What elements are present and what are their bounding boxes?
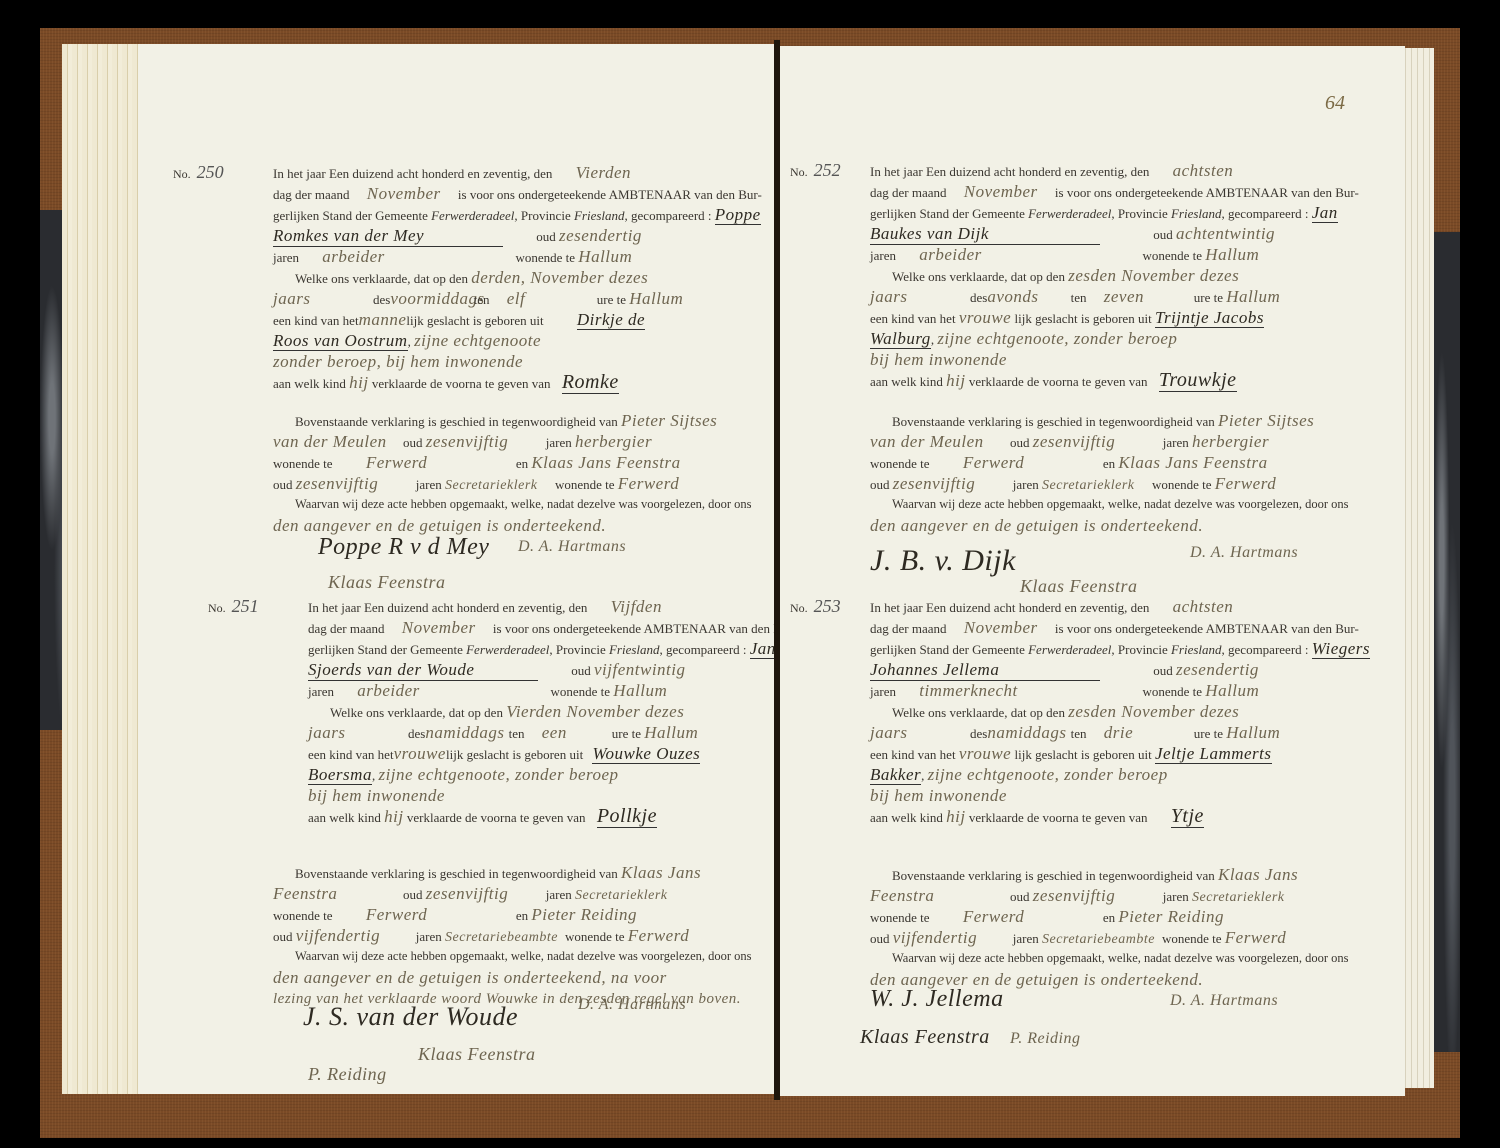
- birth-place-field: Hallum: [629, 289, 683, 308]
- marbled-endpaper-right: [1434, 232, 1460, 1052]
- witness2-occupation: Secretarieklerk: [445, 475, 555, 496]
- occupation-field: arbeider: [322, 246, 512, 267]
- form-text: , gecompareerd :: [660, 642, 747, 657]
- birth-date-field: Vierden November dezes: [506, 702, 684, 721]
- form-text: , gecompareerd :: [625, 208, 712, 223]
- birth-place-field: Hallum: [1226, 287, 1280, 306]
- form-text: oud: [1010, 889, 1030, 904]
- signature-official: D. A. Hartmans: [1170, 992, 1278, 1010]
- left-page: No.250 In het jaar Een duizend acht hond…: [138, 44, 775, 1094]
- form-text: gerlijken Stand der Gemeente: [308, 642, 463, 657]
- form-text: ten: [509, 726, 525, 741]
- witness2-name: Klaas Jans Feenstra: [1118, 453, 1267, 472]
- form-text: dag der maand: [308, 621, 385, 636]
- form-text: oud: [536, 229, 556, 244]
- form-text: Bovenstaande verklaring is geschied in t…: [295, 866, 618, 881]
- form-text: ten: [474, 292, 490, 307]
- signature-declarant: W. J. Jellema: [870, 986, 1004, 1013]
- form-text: wonende te: [273, 908, 333, 923]
- form-text: jaren: [1163, 889, 1189, 904]
- declarant-name: Wiegers: [1312, 639, 1370, 659]
- form-text: dag der maand: [273, 187, 350, 202]
- form-text: oud: [273, 929, 293, 944]
- right-page: 64 No.252 In het jaar Een duizend acht h…: [780, 46, 1405, 1096]
- witness2-age: vijfendertig: [893, 927, 1013, 948]
- form-text: is voor ons ondergeteekende AMBTENAAR va…: [458, 187, 762, 202]
- form-text: wonende te: [565, 929, 625, 944]
- birth-date-field: zesden November dezes: [1068, 266, 1239, 285]
- form-text: jaren: [870, 248, 896, 263]
- form-text: Welke ons verklaarde, dat op den: [330, 705, 503, 720]
- form-text: oud: [870, 931, 890, 946]
- form-text: oud: [403, 435, 423, 450]
- form-text: lijk geslacht is geboren uit: [406, 313, 543, 328]
- form-text: ure te: [597, 292, 626, 307]
- witness-section-253: Bovenstaande verklaring is geschied in t…: [870, 864, 1370, 990]
- form-text: te geven van: [520, 810, 586, 825]
- witness1-occupation: herbergier: [1192, 432, 1269, 451]
- provincie-text: Friesland: [609, 642, 660, 657]
- witness1-occupation: Secretarieklerk: [575, 888, 668, 903]
- form-text: gerlijken Stand der Gemeente: [273, 208, 428, 223]
- birth-record-252: No.252 In het jaar Een duizend acht hond…: [870, 160, 1360, 391]
- witness2-occupation: Secretariebeambte: [445, 927, 565, 948]
- hour-field: elf: [507, 288, 597, 309]
- form-text: oud: [273, 477, 293, 492]
- declarant-name: Jan: [750, 639, 776, 659]
- record-number: No.251: [208, 596, 259, 619]
- form-text: oud: [403, 887, 423, 902]
- form-text: jaren: [308, 684, 334, 699]
- mother-note-2: bij hem inwonende: [308, 786, 445, 805]
- witness1-residence: Ferwerd: [963, 452, 1103, 473]
- pronoun-field: hij: [946, 371, 965, 390]
- age-field: vijfentwintig: [594, 660, 686, 679]
- witness1-name: Pieter Sijtses: [1218, 411, 1314, 430]
- pronoun-field: hij: [946, 807, 965, 826]
- occupation-field: arbeider: [357, 680, 547, 701]
- form-text: In het jaar Een duizend acht honderd en …: [273, 166, 552, 181]
- form-text: is voor ons ondergeteekende AMBTENAAR va…: [1055, 185, 1359, 200]
- witness2-residence: Ferwerd: [618, 474, 679, 493]
- mother-note: zijne echtgenoote, zonder beroep: [928, 765, 1168, 784]
- form-text: een kind van het: [308, 747, 394, 762]
- birth-place-field: Hallum: [1226, 723, 1280, 742]
- mother-surname: Roos van Oostrum: [273, 331, 408, 351]
- form-text: voorna: [1043, 810, 1079, 825]
- form-text: jaren: [546, 435, 572, 450]
- mother-surname: Bakker: [870, 765, 921, 785]
- birth-date-cont: jaars: [308, 722, 408, 743]
- form-text: te geven van: [485, 376, 551, 391]
- form-text: aan welk kind: [870, 374, 943, 389]
- form-text: wonende te: [870, 456, 930, 471]
- month-field: November: [367, 184, 441, 203]
- age-field: achtentwintig: [1176, 224, 1275, 243]
- form-text: , gecompareerd :: [1222, 642, 1309, 657]
- signature-declarant: J. S. van der Woude: [303, 1002, 518, 1032]
- sex-field: vrouwe: [959, 308, 1011, 327]
- form-text: oud: [1153, 663, 1173, 678]
- witness1-surname: Feenstra: [870, 885, 1010, 906]
- sex-field: manne: [359, 310, 407, 329]
- birth-record-253: No.253 In het jaar Een duizend acht hond…: [870, 596, 1360, 827]
- form-text: Welke ons verklaarde, dat op den: [892, 269, 1065, 284]
- birth-date-cont: jaars: [870, 286, 970, 307]
- declarant-surname: Baukes van Dijk: [870, 223, 1100, 245]
- witness1-age: zesenvijftig: [426, 431, 546, 452]
- witness1-age: zesenvijftig: [1033, 885, 1163, 906]
- form-text: en: [1103, 910, 1115, 925]
- occupation-field: arbeider: [919, 244, 1139, 265]
- time-of-day-field: voormiddags: [390, 288, 470, 309]
- residence-field: Hallum: [1205, 681, 1259, 700]
- day-field: achtsten: [1173, 597, 1234, 616]
- witness2-occupation: Secretariebeambte: [1042, 929, 1162, 950]
- page-edges-left: [62, 44, 142, 1094]
- residence-field: Hallum: [1205, 245, 1259, 264]
- form-text: voorna: [1043, 374, 1079, 389]
- form-text: dag der maand: [870, 185, 947, 200]
- provincie-text: Friesland: [574, 208, 625, 223]
- form-text: ure te: [612, 726, 641, 741]
- witness1-residence: Ferwerd: [366, 452, 516, 473]
- witness2-name: Pieter Reiding: [531, 905, 637, 924]
- form-text: aan welk kind: [870, 810, 943, 825]
- time-of-day-field: namiddags: [425, 722, 505, 743]
- form-text: is voor ons ondergeteekende AMBTENAAR va…: [1055, 621, 1359, 636]
- signature-witness-2: P. Reiding: [1010, 1030, 1080, 1048]
- record-number: No.250: [173, 162, 224, 185]
- mother-name: Dirkje de: [577, 310, 645, 330]
- mother-note-2: bij hem inwonende: [870, 786, 1007, 805]
- form-text: , Provincie: [549, 642, 605, 657]
- witness2-residence: Ferwerd: [1215, 474, 1276, 493]
- form-text: ten: [1071, 726, 1087, 741]
- mother-note: zijne echtgenoote, zonder beroep: [937, 329, 1177, 348]
- form-text: verklaarde de: [407, 810, 477, 825]
- birth-place-field: Hallum: [644, 723, 698, 742]
- mother-note-2: zonder beroep, bij hem inwonende: [273, 352, 523, 371]
- gemeente-text: Ferwerderadeel: [466, 642, 549, 657]
- witness-section-252: Bovenstaande verklaring is geschied in t…: [870, 410, 1370, 536]
- witness1-occupation: herbergier: [575, 432, 652, 451]
- form-text: gerlijken Stand der Gemeente: [870, 206, 1025, 221]
- witness2-occupation: Secretarieklerk: [1042, 475, 1152, 496]
- signature-witness-1: Klaas Feenstra: [418, 1044, 536, 1065]
- witness-section-251: Bovenstaande verklaring is geschied in t…: [273, 862, 768, 1010]
- birth-record-251: No.251 In het jaar Een duizend acht hond…: [308, 596, 768, 827]
- witness1-age: zesenvijftig: [426, 883, 546, 904]
- child-name: Romke: [562, 371, 619, 394]
- provincie-text: Friesland: [1171, 206, 1222, 221]
- mother-surname: Walburg: [870, 329, 931, 349]
- form-text: ten: [1071, 290, 1087, 305]
- witness2-residence: Ferwerd: [1225, 928, 1286, 947]
- hour-field: drie: [1104, 722, 1194, 743]
- birth-record-250: No.250 In het jaar Een duizend acht hond…: [273, 162, 753, 393]
- form-text: jaren: [416, 929, 442, 944]
- form-text: lijk geslacht is geboren uit: [446, 747, 583, 762]
- form-text: ure te: [1194, 726, 1223, 741]
- hour-field: zeven: [1104, 286, 1194, 307]
- form-text: is voor ons ondergeteekende AMBTENAAR va…: [493, 621, 797, 636]
- mother-name: Trijntje Jacobs: [1155, 308, 1264, 328]
- gemeente-text: Ferwerderadeel: [1028, 642, 1111, 657]
- form-text: In het jaar Een duizend acht honderd en …: [870, 600, 1149, 615]
- declarant-surname: Sjoerds van der Woude: [308, 659, 538, 681]
- form-text: , Provincie: [514, 208, 570, 223]
- form-text: voorna: [481, 810, 517, 825]
- form-text: Waarvan wij deze acte hebben opgemaakt, …: [295, 949, 752, 963]
- mother-note-2: bij hem inwonende: [870, 350, 1007, 369]
- witness2-age: vijfendertig: [296, 925, 416, 946]
- witness-section-250: Bovenstaande verklaring is geschied in t…: [273, 410, 753, 536]
- witness2-age: zesenvijftig: [893, 473, 1013, 494]
- form-text: jaren: [416, 477, 442, 492]
- age-field: zesendertig: [559, 226, 642, 245]
- closing-text: den aangever en de getuigen is onderteek…: [273, 516, 606, 535]
- child-name: Pollkje: [597, 805, 657, 828]
- witness2-name: Klaas Jans Feenstra: [531, 453, 680, 472]
- day-field: Vierden: [576, 163, 631, 182]
- form-text: en: [516, 908, 528, 923]
- declarant-surname: Romkes van der Mey: [273, 225, 503, 247]
- mother-note: zijne echtgenoote, zonder beroep: [378, 765, 618, 784]
- signature-witness: Klaas Feenstra: [1020, 576, 1138, 597]
- mother-name: Jeltje Lammerts: [1155, 744, 1272, 764]
- form-text: wonende te: [1142, 684, 1202, 699]
- provincie-text: Friesland: [1171, 642, 1222, 657]
- folio-number: 64: [1325, 92, 1345, 115]
- child-name: Ytje: [1171, 805, 1204, 828]
- form-text: , Provincie: [1111, 642, 1167, 657]
- witness1-residence: Ferwerd: [366, 904, 516, 925]
- form-text: en: [516, 456, 528, 471]
- form-text: voorna: [446, 376, 482, 391]
- pronoun-field: hij: [384, 807, 403, 826]
- form-text: gerlijken Stand der Gemeente: [870, 642, 1025, 657]
- form-text: Waarvan wij deze acte hebben opgemaakt, …: [892, 951, 1349, 965]
- age-field: zesendertig: [1176, 660, 1259, 679]
- witness1-occupation: Secretarieklerk: [1192, 890, 1285, 905]
- birth-date-cont: jaars: [273, 288, 373, 309]
- month-field: November: [964, 618, 1038, 637]
- gemeente-text: Ferwerderadeel: [431, 208, 514, 223]
- signature-witness-1: Klaas Feenstra: [860, 1026, 990, 1049]
- form-text: oud: [1010, 435, 1030, 450]
- witness2-age: zesenvijftig: [296, 473, 416, 494]
- witness1-name: Klaas Jans: [621, 863, 701, 882]
- form-text: wonende te: [1142, 248, 1202, 263]
- witness1-residence: Ferwerd: [963, 906, 1103, 927]
- form-text: In het jaar Een duizend acht honderd en …: [308, 600, 587, 615]
- witness1-age: zesenvijftig: [1033, 431, 1163, 452]
- form-text: aan welk kind: [273, 376, 346, 391]
- form-text: jaren: [1013, 931, 1039, 946]
- sex-field: vrouwe: [394, 744, 446, 763]
- form-text: wonende te: [550, 684, 610, 699]
- form-text: aan welk kind: [308, 810, 381, 825]
- residence-field: Hallum: [613, 681, 667, 700]
- form-text: wonende te: [273, 456, 333, 471]
- form-text: jaren: [1013, 477, 1039, 492]
- month-field: November: [402, 618, 476, 637]
- form-text: In het jaar Een duizend acht honderd en …: [870, 164, 1149, 179]
- form-text: , Provincie: [1111, 206, 1167, 221]
- child-name: Trouwkje: [1159, 369, 1237, 392]
- form-text: des: [970, 726, 987, 741]
- form-text: Bovenstaande verklaring is geschied in t…: [892, 414, 1215, 429]
- time-of-day-field: avonds: [987, 286, 1067, 307]
- form-text: een kind van het: [273, 313, 359, 328]
- witness1-name: Klaas Jans: [1218, 865, 1298, 884]
- month-field: November: [964, 182, 1038, 201]
- sex-field: vrouwe: [959, 744, 1011, 763]
- form-text: verklaarde de: [969, 374, 1039, 389]
- form-text: wonende te: [515, 250, 575, 265]
- form-text: jaren: [870, 684, 896, 699]
- form-text: te geven van: [1082, 374, 1148, 389]
- witness1-surname: Feenstra: [273, 883, 403, 904]
- form-text: wonende te: [1152, 477, 1212, 492]
- form-text: des: [373, 292, 390, 307]
- form-text: oud: [870, 477, 890, 492]
- form-text: dag der maand: [870, 621, 947, 636]
- form-text: jaren: [273, 250, 299, 265]
- signature-official: D. A. Hartmans: [578, 996, 686, 1014]
- mother-surname: Boersma: [308, 765, 372, 785]
- form-text: en: [1103, 456, 1115, 471]
- declarant-surname: Johannes Jellema: [870, 659, 1100, 681]
- closing-text: den aangever en de getuigen is onderteek…: [273, 968, 667, 987]
- form-text: wonende te: [870, 910, 930, 925]
- form-text: wonende te: [1162, 931, 1222, 946]
- form-text: een kind van het: [870, 311, 956, 326]
- record-number: No.252: [790, 160, 841, 183]
- form-text: lijk geslacht is geboren uit: [1014, 311, 1151, 326]
- form-text: Waarvan wij deze acte hebben opgemaakt, …: [892, 497, 1349, 511]
- time-of-day-field: namiddags: [987, 722, 1067, 743]
- form-text: Waarvan wij deze acte hebben opgemaakt, …: [295, 497, 752, 511]
- pronoun-field: hij: [349, 373, 368, 392]
- birth-date-field: derden, November dezes: [471, 268, 648, 287]
- form-text: ure te: [1194, 290, 1223, 305]
- form-text: wonende te: [555, 477, 615, 492]
- record-number: No.253: [790, 596, 841, 619]
- form-text: te geven van: [1082, 810, 1148, 825]
- signature-witness: Klaas Feenstra: [328, 572, 446, 593]
- signature-witness-2: P. Reiding: [308, 1064, 387, 1085]
- mother-note: zijne echtgenoote: [414, 331, 541, 350]
- closing-text: den aangever en de getuigen is onderteek…: [870, 516, 1203, 535]
- form-text: des: [408, 726, 425, 741]
- form-text: Bovenstaande verklaring is geschied in t…: [892, 868, 1215, 883]
- birth-date-field: zesden November dezes: [1068, 702, 1239, 721]
- form-text: , gecompareerd :: [1222, 206, 1309, 221]
- signature-official: D. A. Hartmans: [1190, 544, 1298, 562]
- hour-field: een: [542, 722, 612, 743]
- form-text: een kind van het: [870, 747, 956, 762]
- witness1-name: Pieter Sijtses: [621, 411, 717, 430]
- declarant-name: Jan: [1312, 203, 1338, 223]
- form-text: oud: [1153, 227, 1173, 242]
- gemeente-text: Ferwerderadeel: [1028, 206, 1111, 221]
- form-text: verklaarde de: [372, 376, 442, 391]
- birth-date-cont: jaars: [870, 722, 970, 743]
- declarant-name: Poppe: [715, 205, 761, 225]
- signature-official: D. A. Hartmans: [518, 538, 626, 556]
- form-text: jaren: [1163, 435, 1189, 450]
- occupation-field: timmerknecht: [919, 680, 1139, 701]
- form-text: lijk geslacht is geboren uit: [1014, 747, 1151, 762]
- day-field: achtsten: [1173, 161, 1234, 180]
- form-text: Welke ons verklaarde, dat op den: [295, 271, 468, 286]
- page-edges-right: [1400, 48, 1434, 1088]
- form-text: Welke ons verklaarde, dat op den: [892, 705, 1065, 720]
- mother-name: Wouwke Ouzes: [592, 744, 700, 764]
- form-text: Bovenstaande verklaring is geschied in t…: [295, 414, 618, 429]
- witness2-name: Pieter Reiding: [1118, 907, 1224, 926]
- witness1-surname: van der Meulen: [273, 431, 403, 452]
- form-text: oud: [571, 663, 591, 678]
- form-text: jaren: [546, 887, 572, 902]
- residence-field: Hallum: [578, 247, 632, 266]
- witness2-residence: Ferwerd: [628, 926, 689, 945]
- signature-declarant: J. B. v. Dijk: [870, 544, 1016, 578]
- witness1-surname: van der Meulen: [870, 431, 1010, 452]
- form-text: des: [970, 290, 987, 305]
- signature-declarant: Poppe R v d Mey: [318, 534, 489, 561]
- form-text: verklaarde de: [969, 810, 1039, 825]
- day-field: Vijfden: [611, 597, 662, 616]
